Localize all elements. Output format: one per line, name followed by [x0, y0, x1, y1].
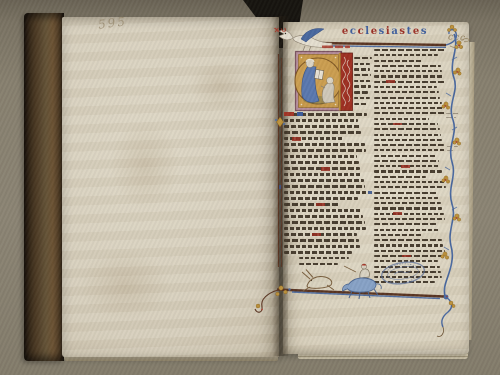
text-column-margin-note-1	[446, 113, 459, 121]
text-column-left-end	[299, 257, 349, 268]
text-column-margin-note-2	[447, 146, 458, 154]
text-columns-layer	[0, 0, 500, 375]
text-column-right-main	[374, 49, 446, 287]
text-column-left-main	[284, 113, 367, 257]
text-column-beside-miniature	[354, 57, 372, 108]
manuscript-photo: 595 ecclesiastes ccc	[0, 0, 500, 375]
